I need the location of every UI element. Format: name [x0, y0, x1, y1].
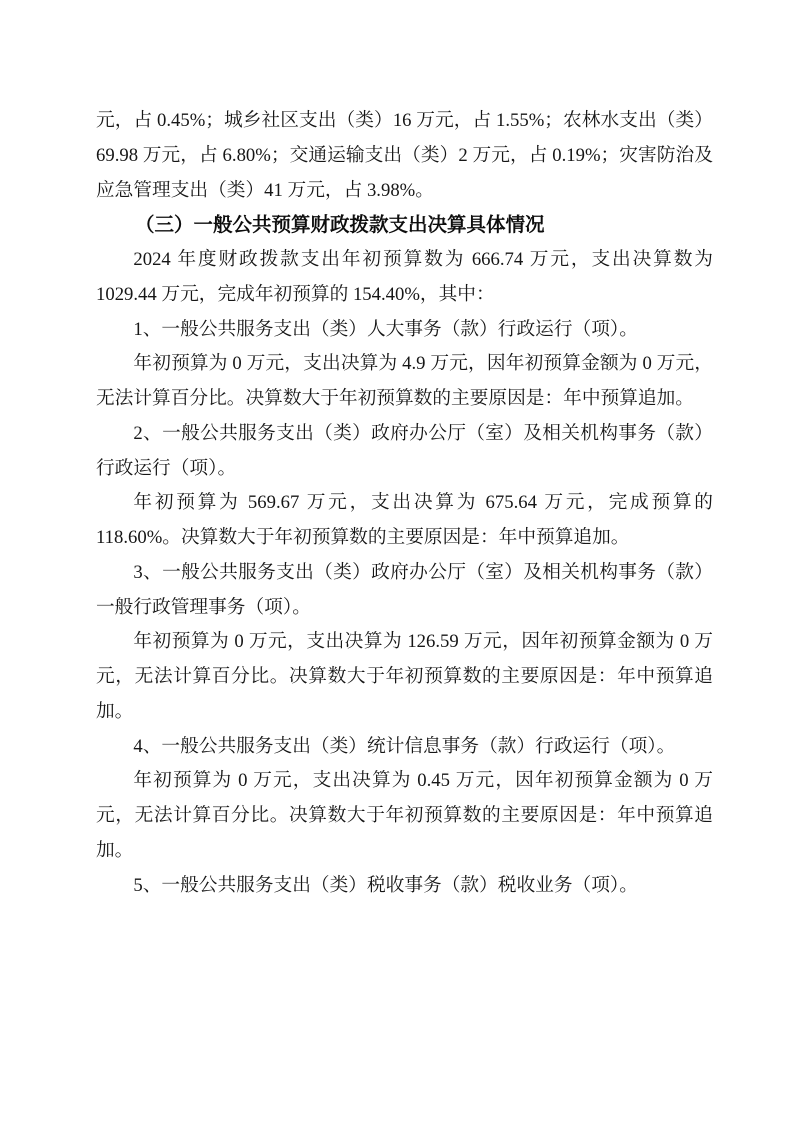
- section-heading-three: （三）一般公共预算财政拨款支出决算具体情况: [96, 208, 713, 243]
- paragraph-item-4-title: 4、一般公共服务支出（类）统计信息事务（款）行政运行（项）。: [96, 730, 713, 765]
- paragraph-item-2-title: 2、一般公共服务支出（类）政府办公厅（室）及相关机构事务（款）行政运行（项）。: [96, 417, 713, 487]
- paragraph-item-5-title: 5、一般公共服务支出（类）税收事务（款）税收业务（项）。: [96, 869, 713, 904]
- paragraph-expenditure-share-continued: 元，占 0.45%；城乡社区支出（类）16 万元，占 1.55%；农林水支出（类…: [96, 104, 713, 208]
- paragraph-item-1-detail: 年初预算为 0 万元，支出决算为 4.9 万元，因年初预算金额为 0 万元，无法…: [96, 347, 713, 417]
- paragraph-overview-2024: 2024 年度财政拨款支出年初预算数为 666.74 万元，支出决算数为 102…: [96, 243, 713, 313]
- paragraph-item-3-detail: 年初预算为 0 万元，支出决算为 126.59 万元，因年初预算金额为 0 万元…: [96, 625, 713, 729]
- document-page: 元，占 0.45%；城乡社区支出（类）16 万元，占 1.55%；农林水支出（类…: [0, 0, 793, 1122]
- paragraph-item-3-title: 3、一般公共服务支出（类）政府办公厅（室）及相关机构事务（款）一般行政管理事务（…: [96, 556, 713, 626]
- paragraph-item-1-title: 1、一般公共服务支出（类）人大事务（款）行政运行（项）。: [96, 313, 713, 348]
- paragraph-item-4-detail: 年初预算为 0 万元，支出决算为 0.45 万元，因年初预算金额为 0 万元，无…: [96, 764, 713, 868]
- paragraph-item-2-detail: 年初预算为 569.67 万元，支出决算为 675.64 万元，完成预算的 11…: [96, 486, 713, 556]
